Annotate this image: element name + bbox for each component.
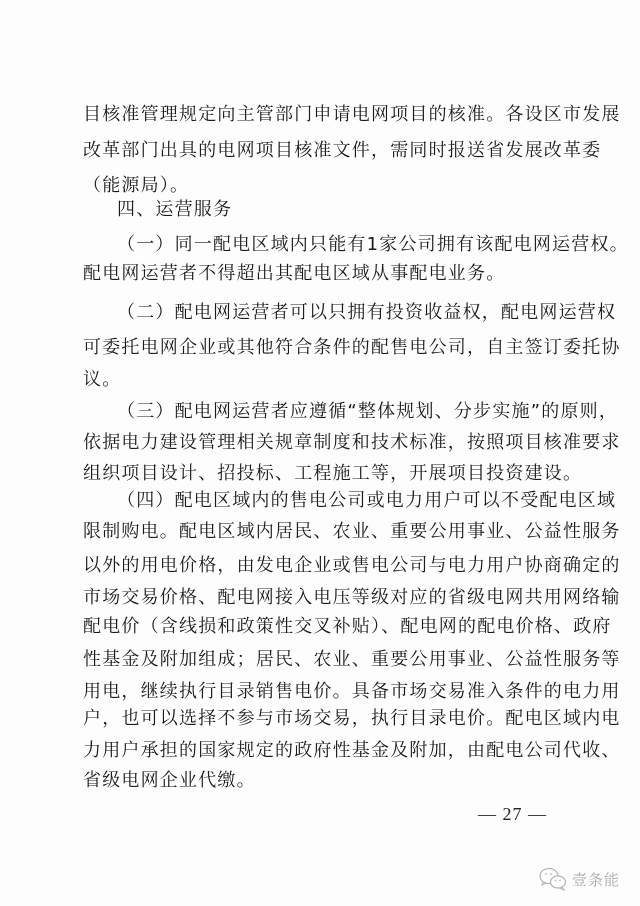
text-line: 目核准管理规定向主管部门申请电网项目的核准。各设区市发展 [83,104,563,126]
paragraph-start: （一）同一配电区域内只能有1家公司拥有该配电网运营权。 [117,234,597,256]
text-line: 以外的用电价格，由发电企业或售电公司与电力用户协商确定的 [83,555,563,577]
wechat-icon [538,866,568,892]
text-line: 用电，继续执行目录销售电价。具备市场交易准入条件的电力用 [83,681,563,703]
text-line: 市场交易价格、配电网接入电压等级对应的省级电网共用网络输 [83,587,563,609]
text-line: 性基金及附加组成；居民、农业、重要公用事业、公益性服务等 [83,649,563,671]
text-line: 议。 [83,369,563,391]
watermark-text: 壹条能 [572,869,620,890]
text-line: 改革部门出具的电网项目核准文件，需同时报送省发展改革委 [83,140,563,162]
page-number: — 27 — [478,804,547,825]
text-line: 户，也可以选择不参与市场交易，执行目录电价。配电区域内电 [83,708,563,730]
document-page: 目核准管理规定向主管部门申请电网项目的核准。各设区市发展 改革部门出具的电网项目… [0,0,640,906]
watermark: 壹条能 [538,866,620,892]
text-line: 可委托电网企业或其他符合条件的配售电公司，自主签订委托协 [83,337,563,359]
text-line: 省级电网企业代缴。 [83,770,563,792]
paragraph-start: （二）配电网运营者可以只拥有投资收益权，配电网运营权 [117,302,597,324]
section-heading: 四、运营服务 [117,199,597,221]
text-line: 限制购电。配电区域内居民、农业、重要公用事业、公益性服务 [83,521,563,543]
text-line: 依据电力建设管理相关规章制度和技术标准，按照项目核准要求 [83,432,563,454]
text-line: 组织项目设计、招投标、工程施工等，开展项目投资建设。 [83,463,563,485]
paragraph-start: （四）配电区域内的售电公司或电力用户可以不受配电区域 [117,490,597,512]
text-line: 配电价（含线损和政策性交叉补贴）、配电网的配电价格、政府 [83,616,563,638]
text-line: 力用户承担的国家规定的政府性基金及附加，由配电公司代收、 [83,740,563,762]
text-line: （能源局）。 [83,175,563,197]
text-line: 配电网运营者不得超出其配电区域从事配电业务。 [83,263,563,285]
paragraph-start: （三）配电网运营者应遵循“整体规划、分步实施”的原则， [117,401,597,423]
